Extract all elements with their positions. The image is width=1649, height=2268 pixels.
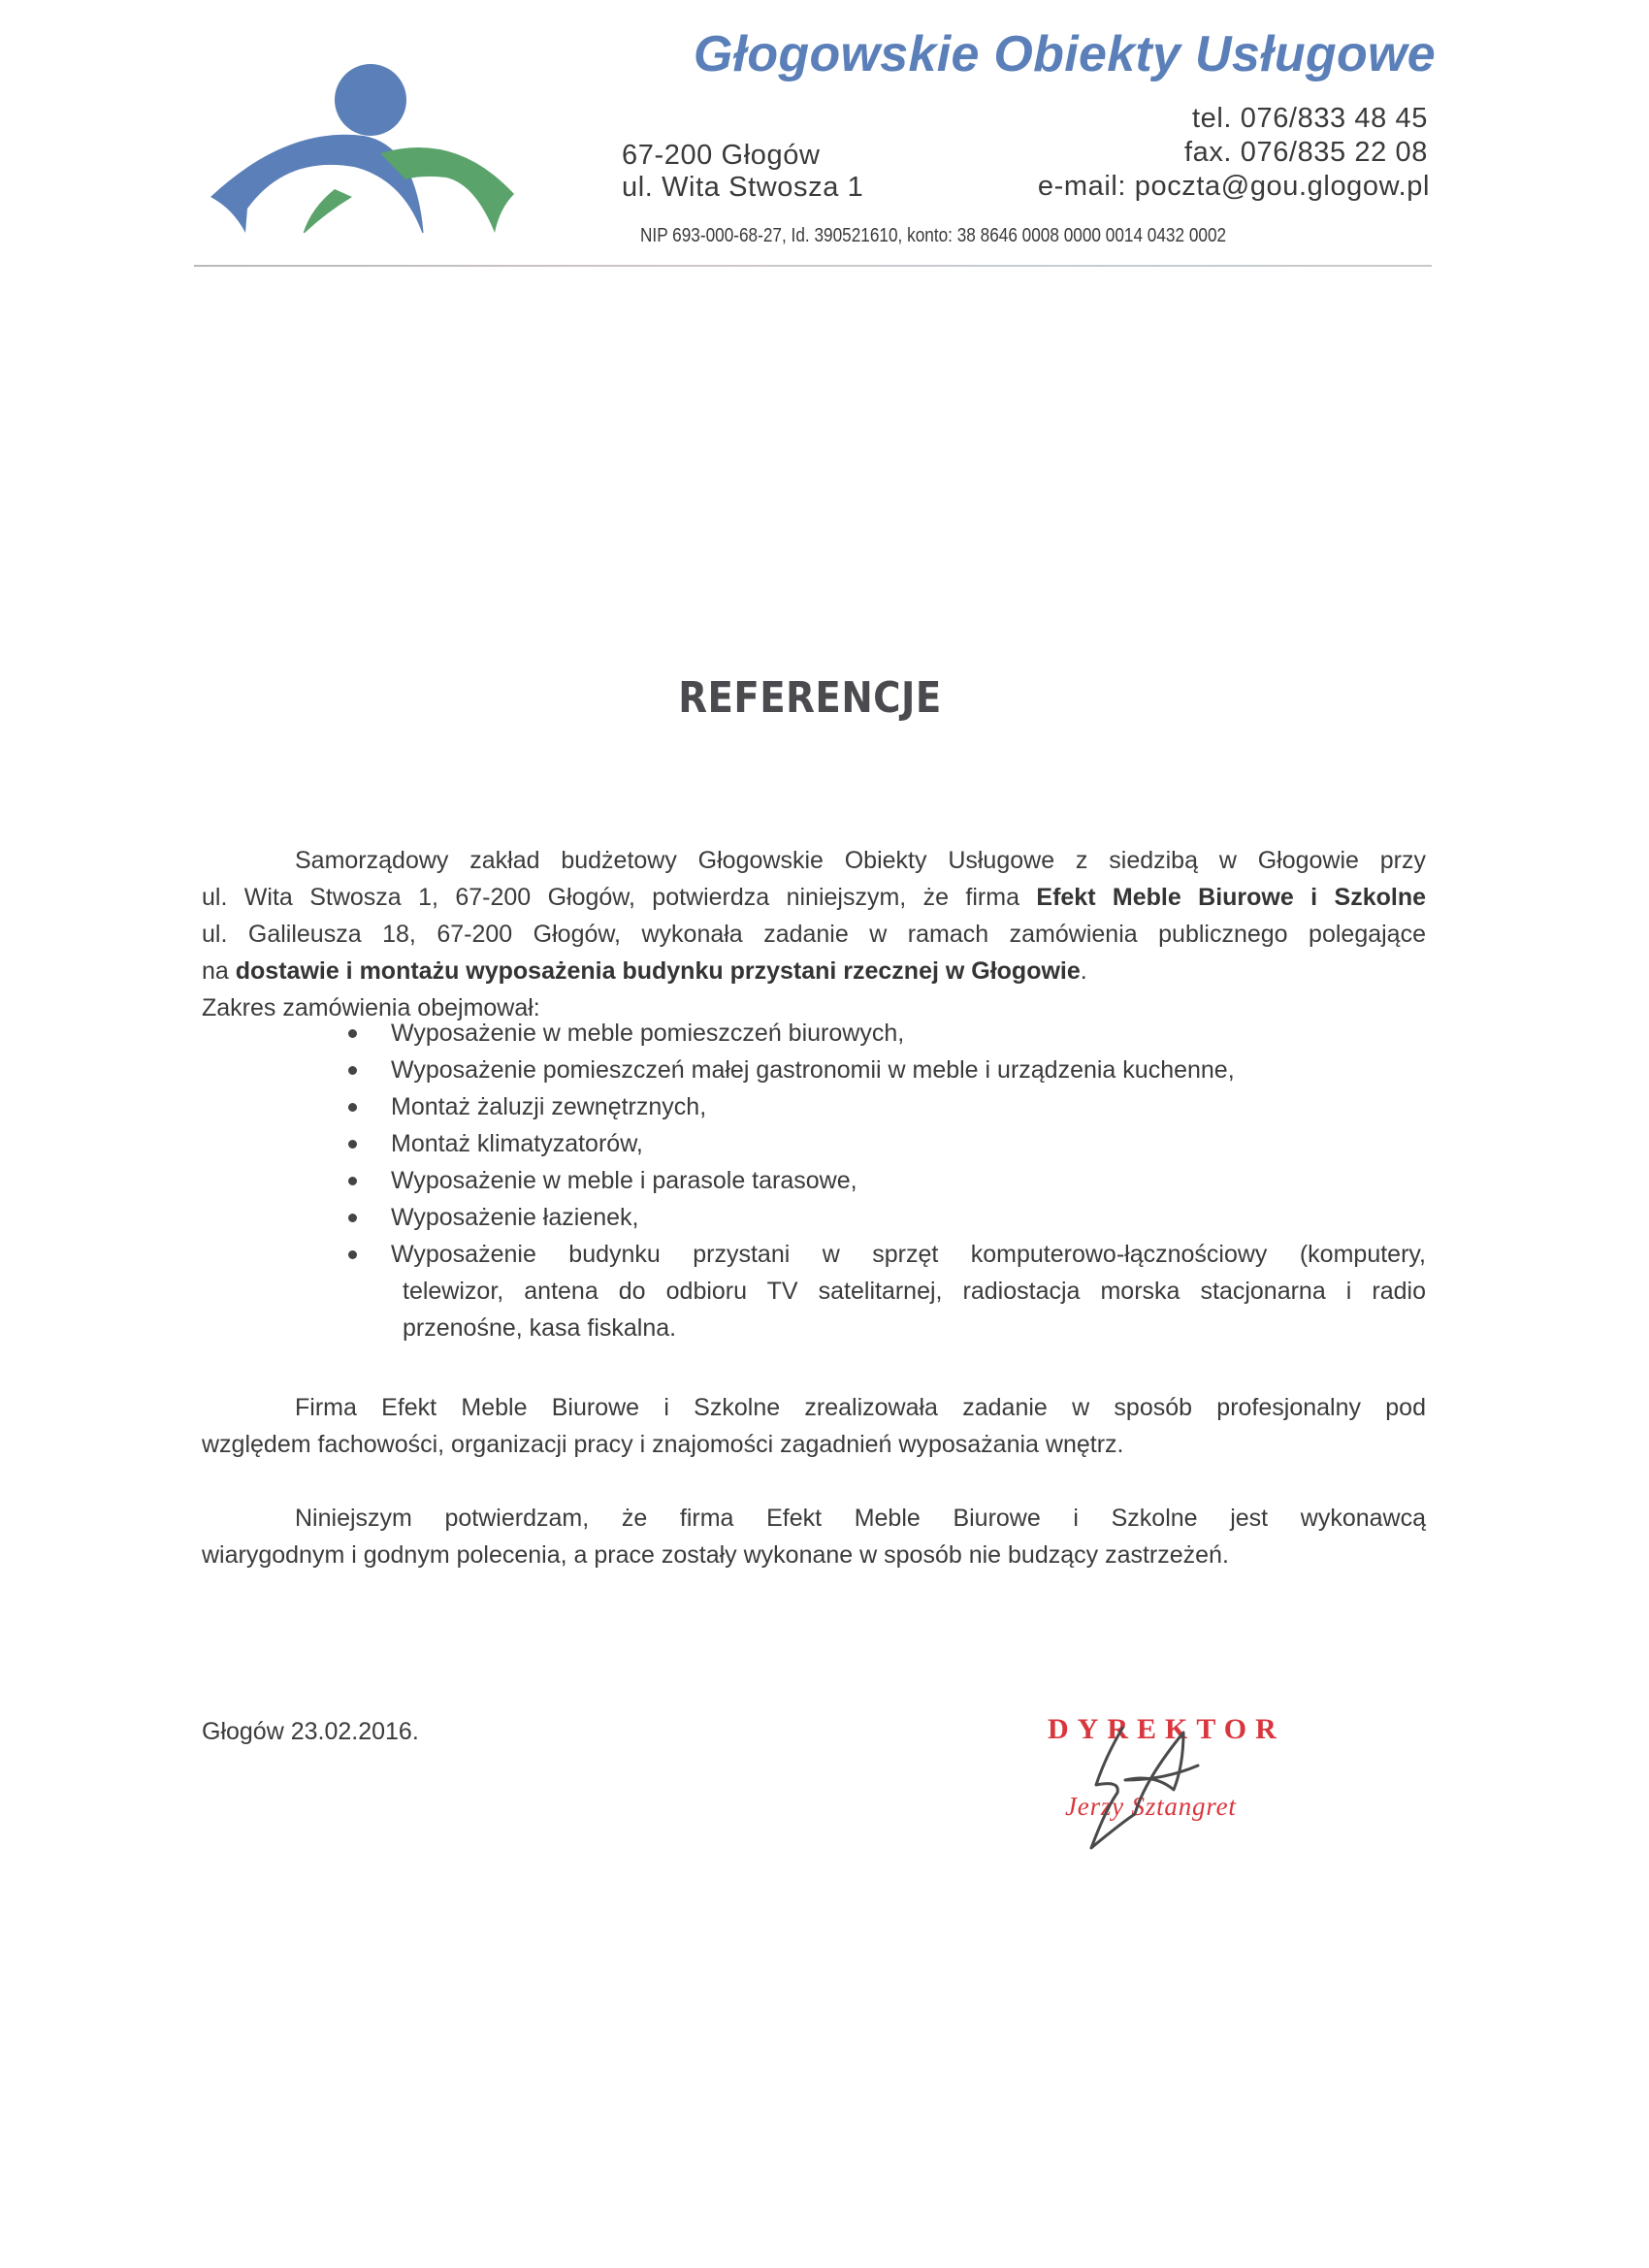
place-and-date: Głogów 23.02.2016. — [202, 1718, 419, 1746]
list-item: Wyposażenie w meble i parasole tarasowe, — [344, 1162, 1426, 1199]
bullet-icon — [348, 1066, 357, 1075]
paragraph-line: na dostawie i montażu wyposażenia budynk… — [202, 953, 1426, 989]
list-item: Wyposażenie budynku przystani w sprzęt k… — [344, 1236, 1426, 1346]
handwritten-signature-icon — [1077, 1727, 1242, 1853]
paragraph-assessment: Firma Efekt Meble Biurowe i Szkolne zrea… — [202, 1389, 1426, 1463]
paragraph-recommendation: Niniejszym potwierdzam, że firma Efekt M… — [202, 1500, 1426, 1573]
bullet-icon — [348, 1214, 357, 1222]
list-item: Wyposażenie pomieszczeń małej gastronomi… — [344, 1052, 1426, 1088]
paragraph-line: ul. Wita Stwosza 1, 67-200 Głogów, potwi… — [202, 879, 1426, 916]
email-address: e-mail: poczta@gou.glogow.pl — [1038, 171, 1430, 203]
bullet-icon — [348, 1177, 357, 1185]
phone-number: tel. 076/833 48 45 — [1192, 103, 1428, 135]
scope-list: Wyposażenie w meble pomieszczeń biurowyc… — [344, 1015, 1426, 1346]
bullet-icon — [348, 1029, 357, 1038]
header-divider — [194, 265, 1432, 267]
bullet-icon — [348, 1103, 357, 1112]
paragraph-line: Samorządowy zakład budżetowy Głogowskie … — [202, 842, 1426, 879]
address-street: ul. Wita Stwosza 1 — [622, 172, 863, 204]
bullet-icon — [348, 1140, 357, 1149]
list-item: Wyposażenie łazienek, — [344, 1199, 1426, 1236]
bullet-icon — [348, 1250, 357, 1259]
company-name: Głogowskie Obiekty Usługowe — [621, 25, 1436, 83]
list-item: Montaż żaluzji zewnętrznych, — [344, 1088, 1426, 1125]
fax-number: fax. 076/835 22 08 — [1184, 137, 1428, 169]
contractor-name: Efekt Meble Biurowe i Szkolne — [1036, 884, 1426, 911]
paragraph-intro: Samorządowy zakład budżetowy Głogowskie … — [202, 842, 1426, 1026]
gou-logo-icon — [189, 39, 529, 233]
registry-info: NIP 693-000-68-27, Id. 390521610, konto:… — [640, 225, 1226, 247]
paragraph-line: ul. Galileusza 18, 67-200 Głogów, wykona… — [202, 916, 1426, 953]
list-item: Wyposażenie w meble pomieszczeń biurowyc… — [344, 1015, 1426, 1052]
project-description: dostawie i montażu wyposażenia budynku p… — [236, 957, 1081, 985]
list-item: Montaż klimatyzatorów, — [344, 1125, 1426, 1162]
address-city: 67-200 Głogów — [622, 140, 821, 172]
document-title: REFERENCJE — [97, 673, 1523, 723]
